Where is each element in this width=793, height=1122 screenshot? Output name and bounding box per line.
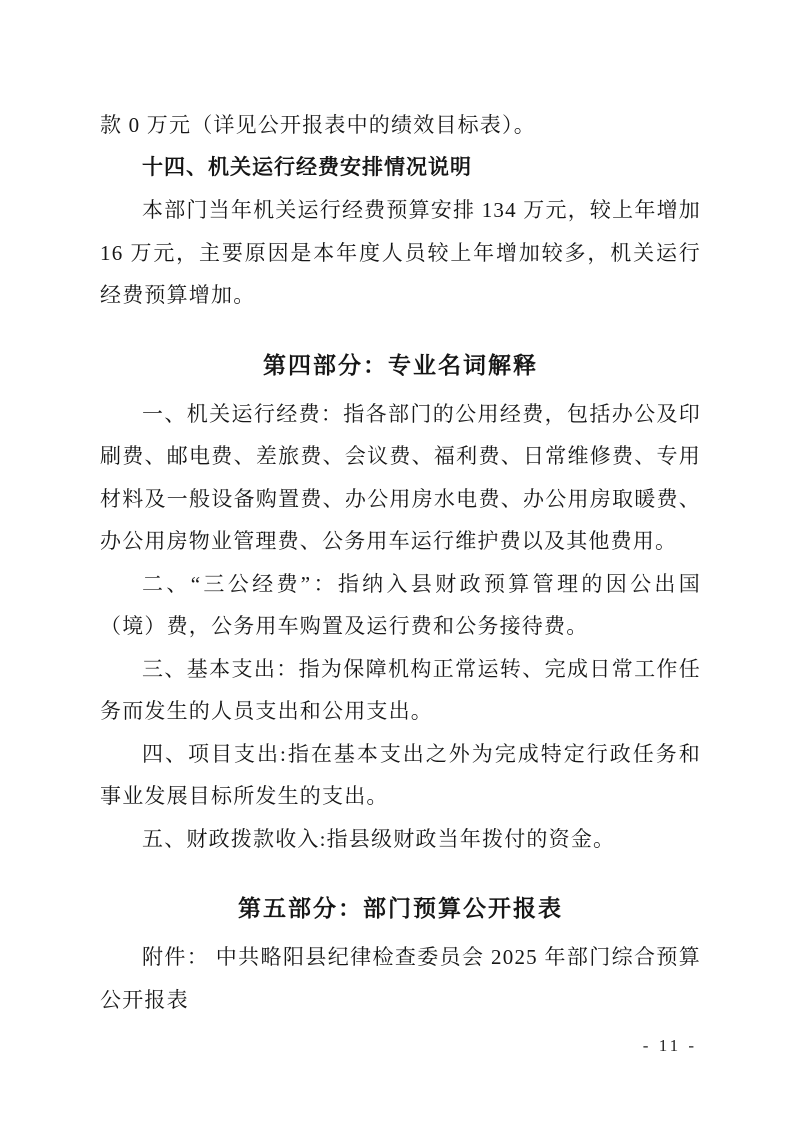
attachment-line: 附件： 中共略阳县纪律检查委员会 2025 年部门综合预算公开报表 xyxy=(100,936,701,1021)
term-definition-4: 四、项目支出:指在基本支出之外为完成特定行政任务和事业发展目标所发生的支出。 xyxy=(100,733,701,818)
page-number: - 11 - xyxy=(643,1036,697,1056)
term-definition-2: 二、“三公经费”：指纳入县财政预算管理的因公出国（境）费，公务用车购置及运行费和… xyxy=(100,563,701,648)
term-definition-5: 五、财政拨款收入:指县级财政当年拨付的资金。 xyxy=(100,818,701,861)
paragraph-continuation: 款 0 万元（详见公开报表中的绩效目标表）。 xyxy=(100,104,701,147)
part4-section-title: 第四部分：专业名词解释 xyxy=(100,344,701,388)
paragraph-operating-funds: 本部门当年机关运行经费预算安排 134 万元，较上年增加 16 万元，主要原因是… xyxy=(100,189,701,317)
term-definition-3: 三、基本支出：指为保障机构正常运转、完成日常工作任务而发生的人员支出和公用支出。 xyxy=(100,648,701,733)
part5-section-title: 第五部分：部门预算公开报表 xyxy=(100,887,701,931)
heading-section-14: 十四、机关运行经费安排情况说明 xyxy=(100,147,701,190)
document-page: 款 0 万元（详见公开报表中的绩效目标表）。 十四、机关运行经费安排情况说明 本… xyxy=(0,0,793,1122)
term-definition-1: 一、机关运行经费：指各部门的公用经费，包括办公及印刷费、邮电费、差旅费、会议费、… xyxy=(100,393,701,563)
